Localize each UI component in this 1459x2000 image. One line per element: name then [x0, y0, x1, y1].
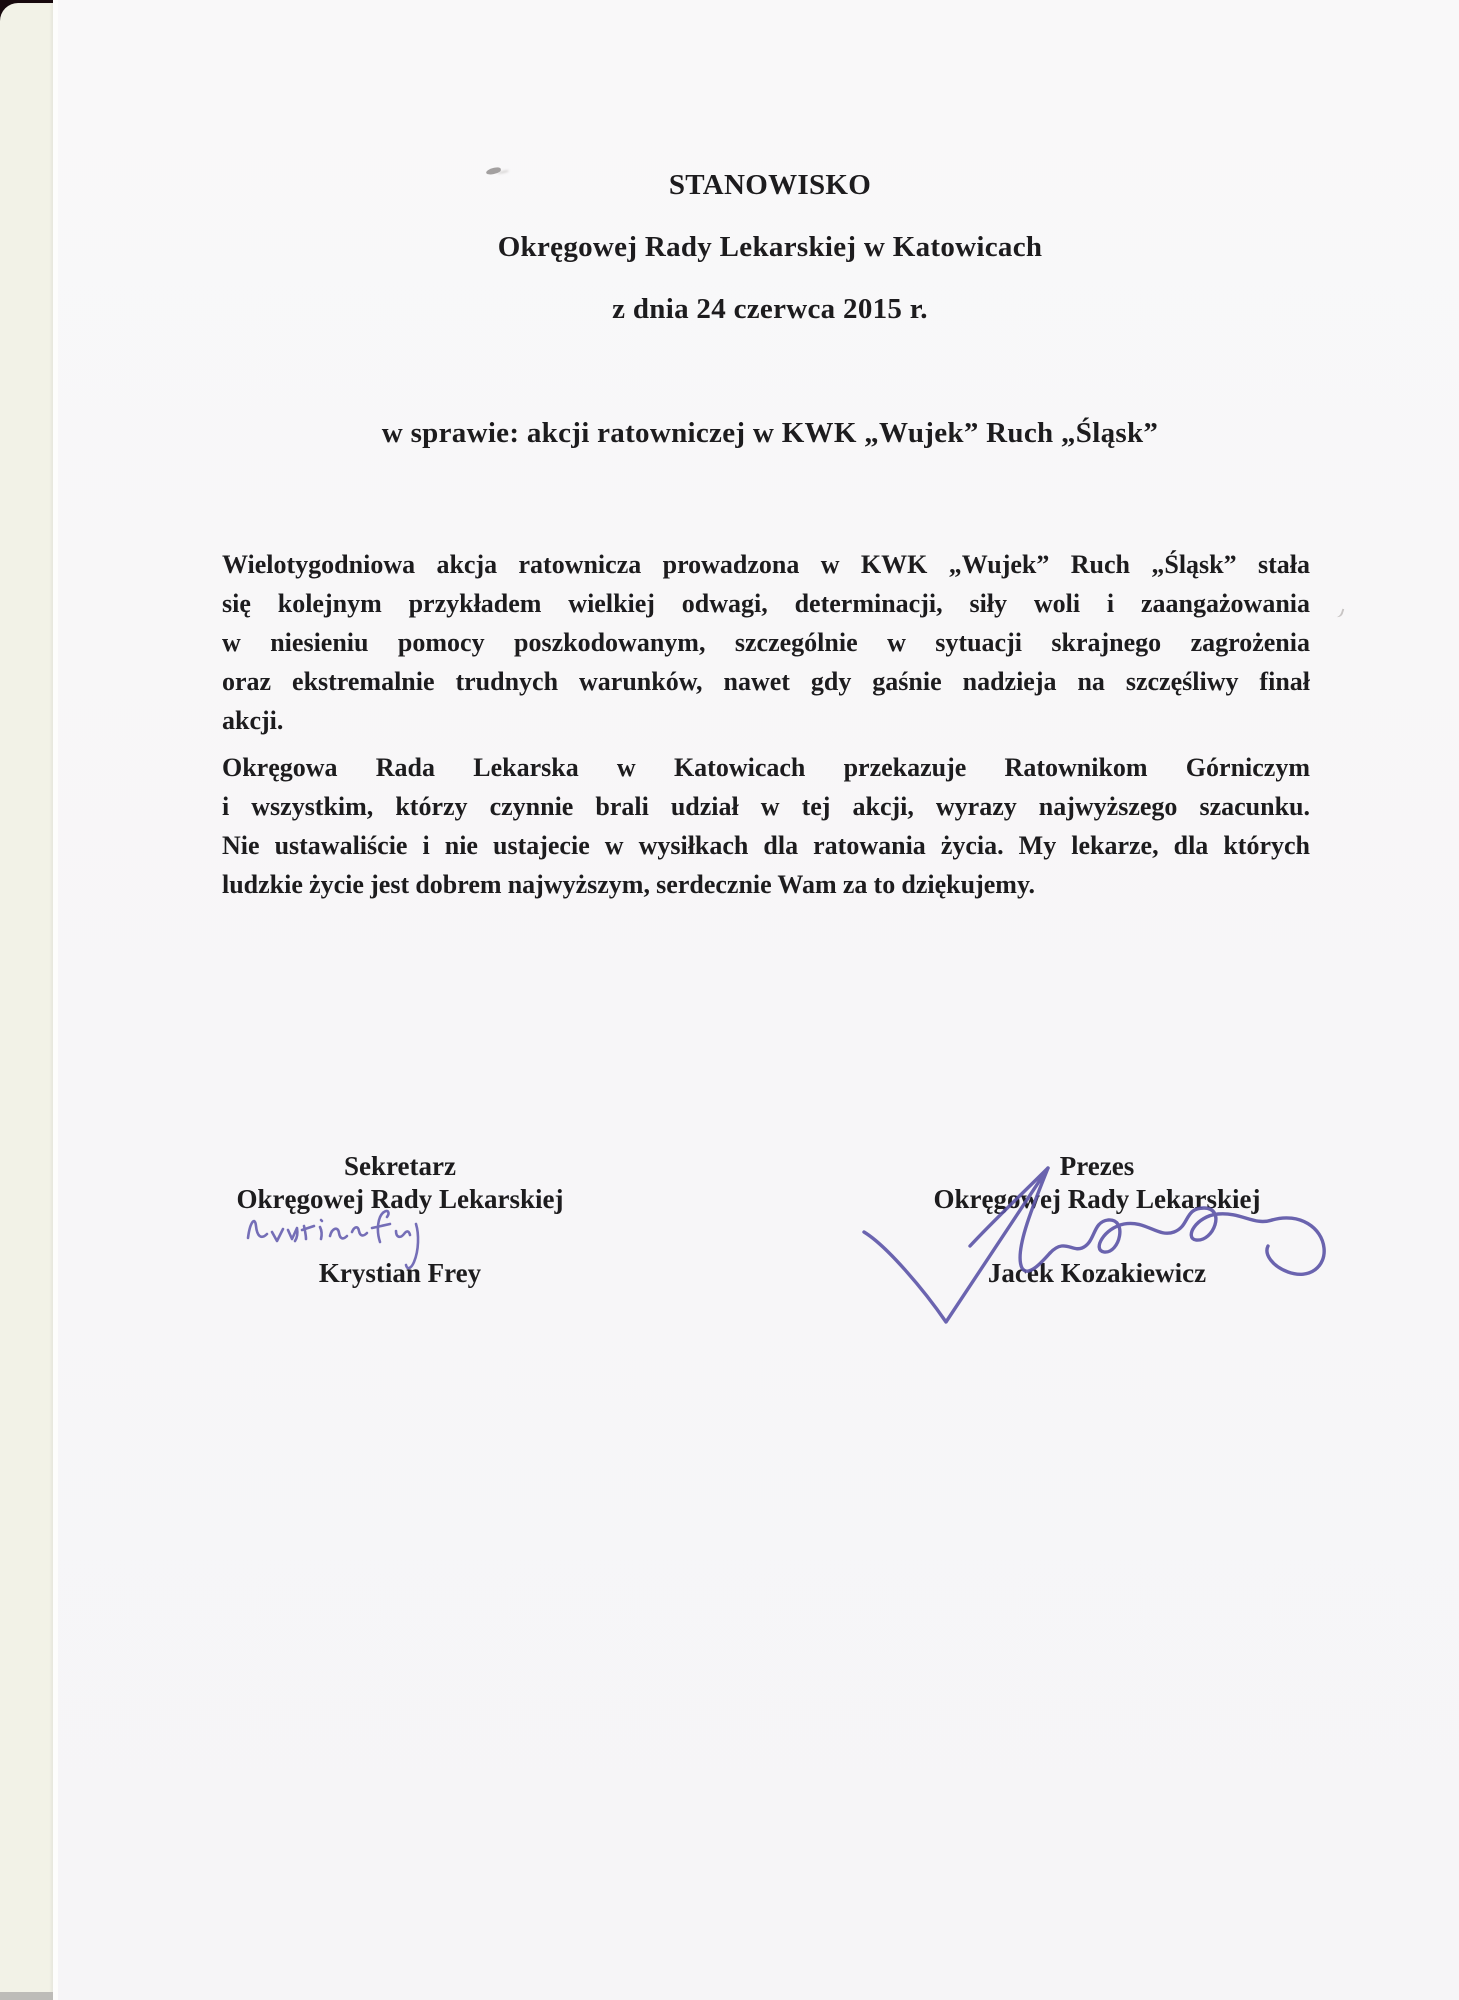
document-title: STANOWISKO	[227, 168, 1313, 202]
paragraph-1: Wielotygodniowa akcja ratownicza prowadz…	[222, 545, 1310, 740]
subject-line: w sprawie: akcji ratowniczej w KWK „Wuje…	[227, 416, 1313, 450]
paragraph-1-line: w niesieniu pomocy poszkodowanym, szczeg…	[222, 623, 1310, 662]
paragraph-1-line: się kolejnym przykładem wielkiej odwagi,…	[222, 584, 1310, 623]
president-role-label: Prezes	[867, 1150, 1327, 1183]
paragraph-2-line: ludzkie życie jest dobrem najwyższym, se…	[222, 865, 1310, 904]
scan-fleck-mark	[1336, 607, 1345, 618]
paper-edge-gap	[53, 0, 58, 2000]
scanner-strip-bottom-shadow	[0, 1992, 53, 2000]
president-org-label: Okręgowej Rady Lekarskiej	[867, 1183, 1327, 1216]
paragraph-2-line: i wszystkim, którzy czynnie brali udział…	[222, 787, 1310, 826]
paragraph-2-line: Okręgowa Rada Lekarska w Katowicach prze…	[222, 748, 1310, 787]
scanned-document-page: STANOWISKO Okręgowej Rady Lekarskiej w K…	[0, 0, 1459, 2000]
paragraph-1-line: Wielotygodniowa akcja ratownicza prowadz…	[222, 545, 1310, 584]
paragraph-1-line: akcji.	[222, 701, 1310, 740]
secretary-role-label: Sekretarz	[170, 1150, 630, 1183]
date-line: z dnia 24 czerwca 2015 r.	[227, 292, 1313, 326]
signature-block-secretary: Sekretarz Okręgowej Rady Lekarskiej Krys…	[170, 1150, 630, 1290]
paragraph-2: Okręgowa Rada Lekarska w Katowicach prze…	[222, 748, 1310, 904]
scanner-edge-strip	[0, 3, 53, 1994]
president-name: Jacek Kozakiewicz	[867, 1257, 1327, 1290]
signature-block-president: Prezes Okręgowej Rady Lekarskiej Jacek K…	[867, 1150, 1327, 1290]
secretary-org-label: Okręgowej Rady Lekarskiej	[170, 1183, 630, 1216]
secretary-name: Krystian Frey	[170, 1257, 630, 1290]
paragraph-1-line: oraz ekstremalnie trudnych warunków, naw…	[222, 662, 1310, 701]
paragraph-2-line: Nie ustawaliście i nie ustajecie w wysił…	[222, 826, 1310, 865]
issuing-body-line: Okręgowej Rady Lekarskiej w Katowicach	[227, 230, 1313, 264]
